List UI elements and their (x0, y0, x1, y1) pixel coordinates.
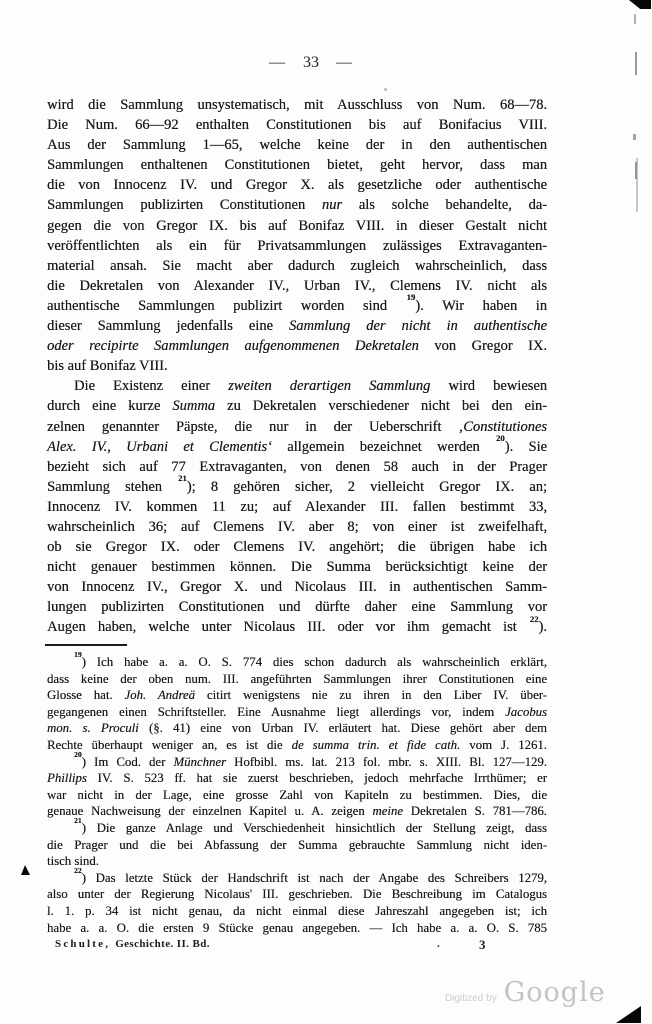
text-line: Die Existenz einer zweiten derartigen Sa… (47, 376, 547, 396)
text-line: authentische Sammlungen publizirt worden… (47, 296, 547, 316)
text-segment: veröffentlichten als ein für Privatsamml… (47, 238, 547, 254)
page-header: — 33 — (0, 54, 622, 72)
text-segment: Augen haben, welche unter Nicolaus III. … (47, 619, 529, 635)
text-line: zelnen genannter Päpste, die nur in der … (47, 417, 547, 437)
text-segment: ); 8 gehören sicher, 2 vielleicht Gregor… (187, 479, 547, 495)
footnote-ref: 19 (74, 650, 82, 659)
text-line: dieser Sammlung jedenfalls eine Sammlung… (47, 316, 547, 336)
text-segment: wird bewiesen (430, 378, 547, 394)
text-segment: authentische Sammlungen publizirt worden… (47, 298, 406, 314)
text-segment: die Dekretalen von Alexander IV., Urban … (47, 278, 547, 294)
text-line: Alex. IV., Urbani et Clementis‘ allgemei… (47, 437, 547, 457)
footnote-22: 22) Das letzte Stück der Handschrift ist… (47, 870, 547, 936)
text-segment: Sammlung stehen (47, 479, 177, 495)
text-line: nicht genauer bestimmen können. Die Summ… (47, 557, 547, 577)
text-segment: als solche behandelte, da- (342, 197, 547, 213)
text-line: wird die Sammlung unsystematisch, mit Au… (47, 95, 547, 115)
text-segment: material ansah. Sie macht aber dadurch z… (47, 258, 547, 274)
text-line: Die Num. 66—92 enthalten Constitutionen … (47, 115, 547, 135)
text-line: l. 1. p. 34 ist nicht genau, da nicht ei… (47, 903, 547, 920)
text-segment: die von Innocenz IV. und Gregor X. als g… (47, 177, 547, 193)
text-segment: ) Im Cod. der (82, 755, 174, 769)
footnote-ref: 22 (74, 866, 82, 875)
text-segment: also unter der Regierung Nicolaus' III. … (47, 887, 547, 901)
footnote-19: 19) Ich habe a. a. O. S. 774 dies schon … (47, 654, 547, 754)
text-segment: ) Ich habe a. a. O. S. 774 dies schon da… (82, 655, 547, 669)
text-segment: Münchner (173, 755, 226, 769)
text-segment: vom J. 1261. (460, 738, 547, 752)
scan-speck (384, 88, 387, 91)
paragraph-1: wird die Sammlung unsystematisch, mit Au… (47, 95, 547, 376)
text-segment: citirt wenigstens nie zu ihren in den Li… (195, 688, 547, 702)
text-segment: meine (372, 804, 403, 818)
text-segment: oder recipirte Sammlungen aufgenommenen … (47, 338, 419, 354)
text-segment: zu Dekretalen verschiedener nicht bei de… (215, 398, 547, 414)
text-line: die Dekretalen von Alexander IV., Urban … (47, 276, 547, 296)
text-segment: genaue Nachweisung der einzelnen Kapitel… (47, 804, 372, 818)
text-segment: bis auf Bonifaz VIII. (47, 358, 168, 374)
google-logo: Google (504, 977, 606, 1008)
text-line: bezieht sich auf 77 Extravaganten, von d… (47, 457, 547, 477)
text-line: die Prager und die bei Abfassung der Sum… (47, 837, 547, 854)
footnote-ref: 22 (530, 614, 539, 624)
text-segment: nicht genauer bestimmen können. Die Summ… (47, 559, 547, 575)
text-line: wahrscheinlich 36; auf Clemens IV. aber … (47, 517, 547, 537)
footnote-ref: 20 (496, 433, 505, 443)
scan-artifact-left-margin (21, 865, 30, 875)
scan-edge-mark (635, 162, 637, 179)
footnote-ref: 20 (74, 750, 82, 759)
text-segment: gegen die von Gregor IX. bis auf Bonifaz… (47, 218, 547, 234)
text-segment: durch eine kurze (47, 398, 172, 414)
text-segment: wird die Sammlung unsystematisch, mit Au… (47, 97, 547, 113)
text-segment: von Gregor IX. (419, 338, 547, 354)
google-watermark: Digitized by Google (445, 977, 606, 1008)
footnote-ref: 21 (74, 816, 82, 825)
text-segment: Die Num. 66—92 enthalten Constitutionen … (47, 117, 547, 133)
text-line: 20) Im Cod. der Münchner Hofbibl. ms. la… (47, 754, 547, 771)
text-segment: wahrscheinlich 36; auf Clemens IV. aber … (47, 519, 547, 535)
text-line: tisch sind. (47, 853, 547, 870)
text-segment: ) Die ganze Anlage und Verschiedenheit h… (82, 821, 547, 835)
text-segment: Aus der Sammlung 1—65, welche keine der … (47, 137, 547, 153)
signature-work: Geschichte. II. Bd. (115, 938, 210, 950)
text-segment: von Innocenz IV., Gregor X. und Nicolaus… (47, 579, 547, 595)
text-segment: ). Sie (505, 439, 547, 455)
digitized-by-label: Digitized by (445, 993, 497, 1004)
page-number: 33 (303, 54, 319, 72)
text-segment: dass keine der oben num. III. angeführte… (47, 672, 547, 686)
text-line: Sammlungen enthaltenen Constitutionen bi… (47, 155, 547, 175)
text-line: gegen die von Gregor IX. bis auf Bonifaz… (47, 216, 547, 236)
header-dash-left: — (269, 54, 286, 72)
text-segment: allgemein bezeichnet werden (272, 439, 495, 455)
footnote-21: 21) Die ganze Anlage und Verschiedenheit… (47, 820, 547, 870)
text-segment: ob sie Gregor IX. oder Clemens IV. angeh… (47, 539, 547, 555)
text-line: Sammlungen publizirten Constitutionen nu… (47, 195, 547, 215)
footnotes: 19) Ich habe a. a. O. S. 774 dies schon … (47, 654, 547, 936)
footnote-ref: 21 (178, 473, 187, 483)
text-segment: Dekretalen S. 781—786. (403, 804, 547, 818)
text-segment: Hofbibl. ms. lat. 213 fol. mbr. s. XIII.… (226, 755, 547, 769)
scan-artifact-top-right (627, 0, 651, 9)
text-line: Innocenz IV. kommen 11 zu; auf Alexander… (47, 497, 547, 517)
text-segment: Joh. Andreä (124, 688, 195, 702)
text-line: veröffentlichten als ein für Privatsamml… (47, 236, 547, 256)
text-segment: Jacobus (505, 705, 547, 719)
text-line: 21) Die ganze Anlage und Verschiedenheit… (47, 820, 547, 837)
footnote-separator (45, 644, 127, 646)
text-segment: IV. S. 523 ff. hat sie zuerst beschriebe… (87, 771, 547, 785)
sheet-number: 3 (479, 937, 486, 953)
text-segment: mon. s. Proculi (47, 721, 139, 735)
text-segment: Constitutiones (463, 419, 547, 435)
text-segment: Sammlungen publizirten Constitutionen (47, 197, 322, 213)
text-segment: Glosse hat. (47, 688, 124, 702)
text-line: von Innocenz IV., Gregor X. und Nicolaus… (47, 577, 547, 597)
text-segment: Summa (172, 398, 215, 414)
text-segment: bezieht sich auf 77 Extravaganten, von d… (47, 459, 547, 475)
text-segment: ). (539, 619, 547, 635)
text-segment: Phillips (47, 771, 87, 785)
paragraph-2: Die Existenz einer zweiten derartigen Sa… (47, 376, 547, 637)
main-text: wird die Sammlung unsystematisch, mit Au… (47, 95, 547, 638)
footnote-ref: 19 (407, 292, 416, 302)
text-segment: Sammlungen enthaltenen Constitutionen bi… (47, 157, 547, 173)
text-segment: Rechte überhaupt weniger an, es ist die (47, 738, 292, 752)
text-line: Phillips IV. S. 523 ff. hat sie zuerst b… (47, 770, 547, 787)
header-dash-right: — (336, 54, 353, 72)
text-line: Augen haben, welche unter Nicolaus III. … (47, 617, 547, 637)
text-line: Sammlung stehen 21); 8 gehören sicher, 2… (47, 477, 547, 497)
text-segment: (§. 41) eine von Urban IV. erläutert hat… (139, 721, 547, 735)
text-line: gegangenen einen Schriftsteller. Eine Au… (47, 704, 547, 721)
text-line: 19) Ich habe a. a. O. S. 774 dies schon … (47, 654, 547, 671)
text-line: Glosse hat. Joh. Andreä citirt wenigsten… (47, 687, 547, 704)
scan-edge-mark (634, 14, 636, 24)
text-segment: lungen publizirten Constitutionen und dü… (47, 599, 547, 615)
text-segment: tisch sind. (47, 854, 99, 868)
scanned-page: — 33 — wird die Sammlung unsystematisch,… (0, 0, 652, 1024)
text-segment: l. 1. p. 34 ist nicht genau, da nicht ei… (47, 904, 547, 918)
footnote-20: 20) Im Cod. der Münchner Hofbibl. ms. la… (47, 754, 547, 820)
text-segment: Die Existenz einer (74, 378, 228, 394)
text-line: Rechte überhaupt weniger an, es ist die … (47, 737, 547, 754)
signature-author: Schulte, (47, 938, 110, 950)
text-segment: gegangenen einen Schriftsteller. Eine Au… (47, 705, 505, 719)
text-line: mon. s. Proculi (§. 41) eine von Urban I… (47, 720, 547, 737)
text-line: also unter der Regierung Nicolaus' III. … (47, 886, 547, 903)
text-segment: habe a. a. O. die ersten 9 Stücke genau … (47, 921, 547, 935)
text-line: habe a. a. O. die ersten 9 Stücke genau … (47, 920, 547, 937)
scan-artifact-bottom-right (616, 1006, 641, 1023)
text-line: oder recipirte Sammlungen aufgenommenen … (47, 336, 547, 356)
text-line: genaue Nachweisung der einzelnen Kapitel… (47, 803, 547, 820)
text-segment: de summa trin. et fide cath. (292, 738, 461, 752)
text-segment: ) Das letzte Stück der Handschrift ist n… (82, 871, 547, 885)
text-line: 22) Das letzte Stück der Handschrift ist… (47, 870, 547, 887)
text-line: durch eine kurze Summa zu Dekretalen ver… (47, 396, 547, 416)
text-line: lungen publizirten Constitutionen und dü… (47, 597, 547, 617)
text-segment: war nicht in der Lage, eine grosse Zahl … (47, 788, 547, 802)
scan-edge-mark (633, 134, 636, 140)
text-line: war nicht in der Lage, eine grosse Zahl … (47, 787, 547, 804)
text-segment: Innocenz IV. kommen 11 zu; auf Alexander… (47, 499, 547, 515)
text-line: Aus der Sammlung 1—65, welche keine der … (47, 135, 547, 155)
text-line: die von Innocenz IV. und Gregor X. als g… (47, 175, 547, 195)
text-segment: nur (322, 197, 342, 213)
text-segment: zelnen genannter Päpste, die nur in der … (47, 419, 463, 435)
text-segment: zweiten derartigen Sammlung (228, 378, 430, 394)
text-segment: dieser Sammlung jedenfalls eine (47, 318, 289, 334)
signature-line: Schulte,Geschichte. II. Bd. . 3 (47, 938, 547, 954)
text-segment: ). Wir haben in (415, 298, 547, 314)
text-segment: die Prager und die bei Abfassung der Sum… (47, 838, 547, 852)
text-segment: Sammlung der nicht in authentische (289, 318, 547, 334)
signature-dot: . (437, 938, 440, 950)
text-line: material ansah. Sie macht aber dadurch z… (47, 256, 547, 276)
text-line: dass keine der oben num. III. angeführte… (47, 671, 547, 688)
text-line: bis auf Bonifaz VIII. (47, 356, 547, 376)
text-segment: Alex. IV., Urbani et Clementis‘ (47, 439, 272, 455)
scan-edge-mark (635, 52, 637, 75)
text-line: ob sie Gregor IX. oder Clemens IV. angeh… (47, 537, 547, 557)
